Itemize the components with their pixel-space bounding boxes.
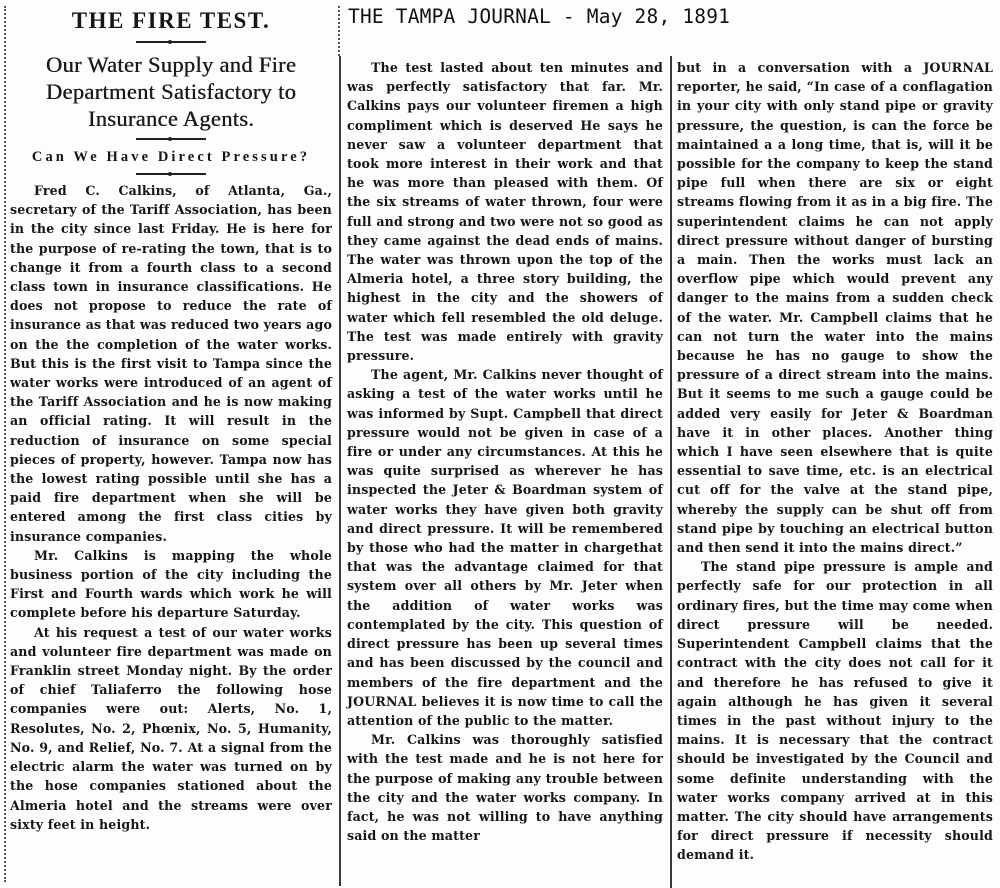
masthead: THE TAMPA JOURNAL - May 28, 1891 xyxy=(348,5,730,28)
paragraph: At his request a test of our water works… xyxy=(10,623,332,834)
paragraph: Mr. Calkins is mapping the whole busines… xyxy=(10,546,332,623)
article-column-3: but in a conversation with a JOURNAL rep… xyxy=(677,58,993,865)
article-column-1: THE FIRE TEST. Our Water Supply and Fire… xyxy=(10,4,332,834)
column-rule-2-3 xyxy=(670,56,672,888)
article-column-2: The test lasted about ten minutes and wa… xyxy=(347,58,663,845)
paragraph: Mr. Calkins was thoroughly satisfied wit… xyxy=(347,730,663,845)
deck-divider xyxy=(136,173,206,175)
article-title: THE FIRE TEST. xyxy=(10,6,332,36)
headline-divider xyxy=(136,41,206,43)
newspaper-clipping: THE TAMPA JOURNAL - May 28, 1891 THE FIR… xyxy=(0,0,1000,888)
column-rule-left xyxy=(4,6,6,882)
article-subtitle-line-1: Our Water Supply and Fire xyxy=(10,51,332,78)
paragraph: The stand pipe pressure is ample and per… xyxy=(677,557,993,864)
paragraph: but in a conversation with a JOURNAL rep… xyxy=(677,58,993,557)
article-deck: Can We Have Direct Pressure? xyxy=(10,147,332,167)
paragraph: The test lasted about ten minutes and wa… xyxy=(347,58,663,365)
paragraph: The agent, Mr. Calkins never thought of … xyxy=(347,365,663,730)
column-rule-1-2 xyxy=(339,56,341,886)
article-subtitle-line-2: Department Satisfactory to xyxy=(10,78,332,105)
subtitle-divider xyxy=(136,138,206,140)
column-rule-1-top xyxy=(338,6,340,56)
article-subtitle-line-3: Insurance Agents. xyxy=(10,105,332,132)
paragraph: Fred C. Calkins, of Atlanta, Ga., secret… xyxy=(10,181,332,546)
